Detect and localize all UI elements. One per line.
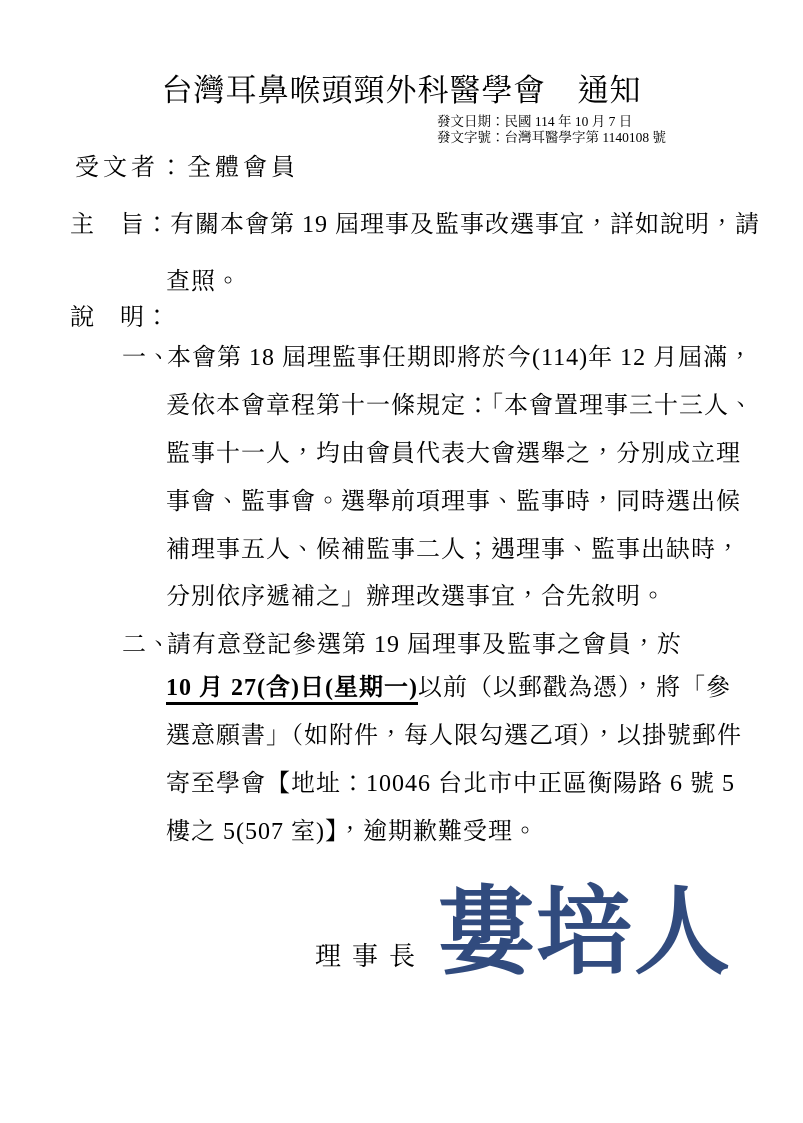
issue-number: 發文字號：台灣耳醫學字第 1140108 號 bbox=[437, 130, 666, 146]
item-1-line-4: 事會、監事會。選舉前項理事、監事時，同時選出候 bbox=[166, 488, 741, 517]
item-1-line-6: 分別依序遞補之」辦理改選事宜，合先敘明。 bbox=[166, 583, 666, 612]
subject-line-2: 查照。 bbox=[166, 268, 241, 297]
item-1-line-3: 監事十一人，均由會員代表大會選舉之，分別成立理 bbox=[166, 440, 741, 469]
item-1-line-5: 補理事五人、候補監事二人；遇理事、監事出缺時， bbox=[166, 536, 741, 565]
item-1-line-2: 爰依本會章程第十一條規定：「本會置理事三十三人、 bbox=[166, 392, 754, 421]
meta-block: 發文日期：民國 114 年 10 月 7 日 發文字號：台灣耳醫學字第 1140… bbox=[437, 114, 666, 145]
item-1-marker: 一、 bbox=[122, 344, 167, 373]
item-2-row-2: 10 月 27(含)日(星期一)以前（以郵戳為憑），將「參 bbox=[166, 674, 731, 703]
item-1-line-1: 本會第 18 屆理監事任期即將於今(114)年 12 月屆滿， bbox=[167, 345, 753, 371]
item-2-line-5: 樓之 5(507 室)】，逾期歉難受理。 bbox=[166, 818, 538, 847]
subject-line-1: 主 旨：有關本會第 19 屆理事及監事改選事宜，詳如說明，請 bbox=[70, 211, 760, 240]
signature-title: 理事長 bbox=[315, 941, 426, 973]
item-2-line-3: 選意願書」（如附件，每人限勾選乙項），以掛號郵件 bbox=[166, 722, 742, 751]
deadline-text: 10 月 27(含)日(星期一) bbox=[166, 675, 418, 705]
item-2-line-1: 請有意登記參選第 19 屆理事及監事之會員，於 bbox=[167, 632, 682, 658]
item-2-line-4: 寄至學會【地址：10046 台北市中正區衡陽路 6 號 5 bbox=[166, 770, 735, 799]
explanation-heading: 說 明： bbox=[70, 304, 170, 333]
notice-title: 台灣耳鼻喉頭頸外科醫學會 通知 bbox=[0, 71, 803, 110]
signature-name: 婁培人 bbox=[438, 873, 732, 993]
issue-date: 發文日期：民國 114 年 10 月 7 日 bbox=[437, 114, 666, 130]
notice-document: 台灣耳鼻喉頭頸外科醫學會 通知 發文日期：民國 114 年 10 月 7 日 發… bbox=[0, 0, 803, 1123]
item-2-row-1: 二、請有意登記參選第 19 屆理事及監事之會員，於 bbox=[122, 631, 682, 660]
item-2-line-2-rest: 以前（以郵戳為憑），將「參 bbox=[418, 675, 731, 701]
recipient-line: 受文者：全體會員 bbox=[75, 154, 299, 183]
item-1-row-1: 一、本會第 18 屆理監事任期即將於今(114)年 12 月屆滿， bbox=[122, 344, 753, 373]
item-2-marker: 二、 bbox=[122, 631, 167, 660]
